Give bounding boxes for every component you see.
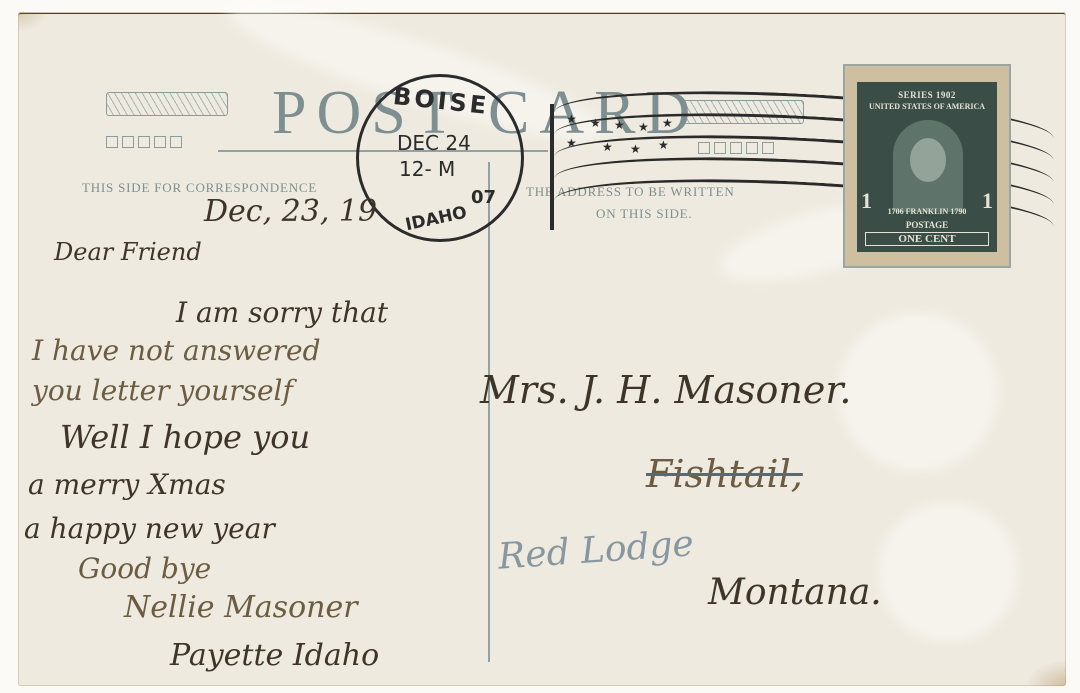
message-signature: Nellie Masoner — [124, 590, 358, 625]
emboss-flower — [878, 502, 1018, 642]
message-date: Dec, 23, 19 — [204, 194, 377, 229]
postmark-city: BOISE — [392, 82, 491, 120]
stamp-value: ONE CENT — [865, 232, 989, 246]
leaf-ornament-left — [106, 92, 228, 116]
address-state: Montana. — [708, 572, 882, 613]
message-line: a happy new year — [24, 512, 275, 545]
message-line: I am sorry that — [176, 296, 388, 329]
postcard: POST CARD THIS SIDE FOR CORRESPONDENCE T… — [18, 12, 1066, 686]
message-line: I have not answered — [32, 334, 321, 367]
stamp-postage: POSTAGE — [857, 220, 997, 230]
stamp-design: SERIES 1902 UNITED STATES OF AMERICA 1 1… — [857, 82, 997, 252]
address-city-struck: Fishtail, — [646, 452, 803, 496]
center-divider — [488, 162, 490, 662]
emboss-flower — [838, 312, 998, 472]
message-line: you letter yourself — [32, 374, 293, 407]
franklin-portrait-icon — [893, 120, 963, 212]
postmark-time: 12- M — [399, 157, 455, 181]
stamp-country: UNITED STATES OF AMERICA — [857, 102, 997, 111]
cancel-flag-pole — [550, 104, 554, 230]
postmark-date: DEC 24 — [397, 131, 471, 155]
address-name: Mrs. J. H. Masoner. — [480, 368, 851, 412]
message-line: Good bye — [78, 552, 211, 585]
stamp-series: SERIES 1902 — [857, 90, 997, 100]
postage-stamp: SERIES 1902 UNITED STATES OF AMERICA 1 1… — [843, 64, 1011, 268]
message-line: Well I hope you — [60, 418, 310, 456]
postmark-year: 07 — [471, 187, 496, 208]
message-line: a merry Xmas — [28, 468, 226, 501]
message-location: Payette Idaho — [170, 638, 379, 673]
postmark: BOISE DEC 24 12- M 07 IDAHO — [356, 74, 524, 242]
box-ornament-left — [106, 136, 182, 148]
message-line: Dear Friend — [54, 238, 202, 266]
address-redirect-pencil: Red Lodge — [497, 523, 695, 578]
postmark-state: IDAHO — [404, 203, 469, 236]
stamp-caption: 1706 FRANKLIN 1790 — [857, 207, 997, 216]
